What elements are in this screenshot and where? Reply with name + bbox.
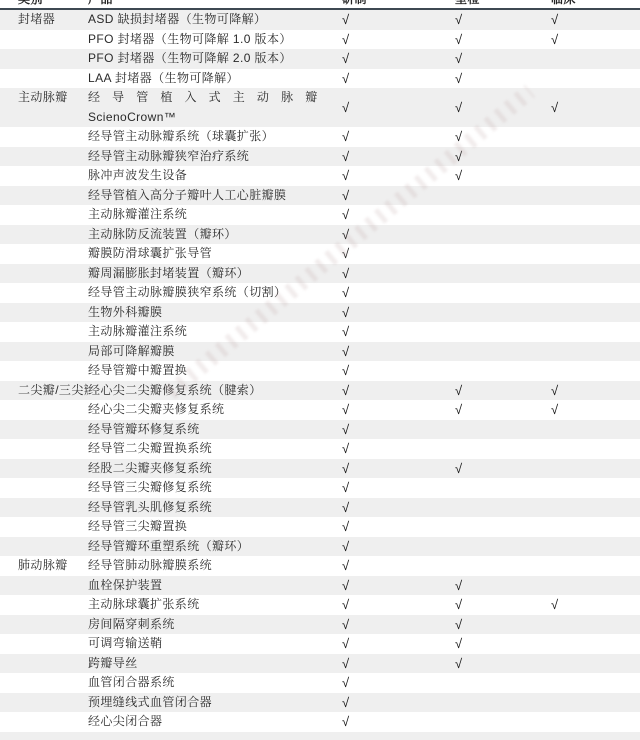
- stage3-checkmark: [530, 147, 640, 167]
- stage2-checkmark: [434, 205, 530, 225]
- stage3-checkmark: [530, 517, 640, 537]
- partial-bottom-row: [0, 732, 640, 740]
- category-cell: [0, 30, 88, 50]
- stage1-checkmark: √: [320, 303, 434, 323]
- stage2-checkmark: √: [434, 400, 530, 420]
- stage1-checkmark: √: [320, 654, 434, 674]
- stage1-checkmark: √: [320, 205, 434, 225]
- stage2-checkmark: [434, 322, 530, 342]
- stage3-checkmark: √: [530, 88, 640, 127]
- stage2-checkmark: [434, 420, 530, 440]
- stage2-checkmark: √: [434, 576, 530, 596]
- category-cell: 肺动脉瓣: [0, 556, 88, 576]
- table-row: 主动脉瓣灌注系统 √: [0, 322, 640, 342]
- stage2-checkmark: [434, 361, 530, 381]
- stage3-checkmark: [530, 69, 640, 89]
- stage2-checkmark: √: [434, 654, 530, 674]
- category-cell: [0, 673, 88, 693]
- product-cell: 经导管乳头肌修复系统: [88, 498, 320, 518]
- stage2-checkmark: √: [434, 147, 530, 167]
- category-cell: [0, 283, 88, 303]
- stage2-checkmark: √: [434, 49, 530, 69]
- table-row: 瓣周漏膨胀封堵装置（瓣环） √: [0, 264, 640, 284]
- product-cell: 生物外科瓣膜: [88, 303, 320, 323]
- stage1-checkmark: √: [320, 88, 434, 127]
- category-cell: [0, 595, 88, 615]
- stage3-checkmark: [530, 634, 640, 654]
- stage1-checkmark: √: [320, 166, 434, 186]
- stage3-checkmark: √: [530, 595, 640, 615]
- product-cell: 经导管三尖瓣修复系统: [88, 478, 320, 498]
- category-cell: [0, 498, 88, 518]
- table-row: 血栓保护装置 √ √: [0, 576, 640, 596]
- table-row: 经导管瓣中瓣置换 √: [0, 361, 640, 381]
- product-cell: 经股二尖瓣夹修复系统: [88, 459, 320, 479]
- category-cell: [0, 459, 88, 479]
- stage1-checkmark: √: [320, 556, 434, 576]
- stage1-checkmark: √: [320, 634, 434, 654]
- category-cell: [0, 303, 88, 323]
- stage2-checkmark: √: [434, 615, 530, 635]
- category-cell: [0, 147, 88, 167]
- category-cell: [0, 225, 88, 245]
- stage3-checkmark: √: [530, 400, 640, 420]
- table-row: 脉冲声波发生设备 √ √: [0, 166, 640, 186]
- stage1-checkmark: √: [320, 225, 434, 245]
- product-cell: 局部可降解瓣膜: [88, 342, 320, 362]
- stage2-checkmark: √: [434, 634, 530, 654]
- table-row: 主动脉防反流装置（瓣环） √: [0, 225, 640, 245]
- category-cell: [0, 478, 88, 498]
- stage3-checkmark: [530, 654, 640, 674]
- product-cell: 主动脉防反流装置（瓣环）: [88, 225, 320, 245]
- table-row: 经导管乳头肌修复系统 √: [0, 498, 640, 518]
- header-category: 类别: [0, 0, 88, 8]
- stage1-checkmark: √: [320, 693, 434, 713]
- stage3-checkmark: [530, 205, 640, 225]
- table-row: PFO 封堵器（生物可降解 2.0 版本） √ √: [0, 49, 640, 69]
- category-cell: [0, 342, 88, 362]
- stage2-checkmark: √: [434, 459, 530, 479]
- table-row: 预埋缝线式血管闭合器 √: [0, 693, 640, 713]
- table-row: 生物外科瓣膜 √: [0, 303, 640, 323]
- category-cell: [0, 615, 88, 635]
- category-cell: [0, 400, 88, 420]
- category-cell: [0, 49, 88, 69]
- stage1-checkmark: √: [320, 30, 434, 50]
- stage2-checkmark: √: [434, 166, 530, 186]
- stage2-checkmark: √: [434, 69, 530, 89]
- category-cell: 主动脉瓣: [0, 88, 88, 127]
- stage2-checkmark: [434, 225, 530, 245]
- table-row: 经导管瓣环重塑系统（瓣环） √: [0, 537, 640, 557]
- product-cell: 主动脉瓣灌注系统: [88, 322, 320, 342]
- product-cell: 经心尖闭合器: [88, 712, 320, 732]
- stage1-checkmark: √: [320, 283, 434, 303]
- stage1-checkmark: √: [320, 400, 434, 420]
- stage3-checkmark: √: [530, 381, 640, 401]
- stage1-checkmark: √: [320, 712, 434, 732]
- category-cell: [0, 186, 88, 206]
- header-stage3: 临床: [530, 0, 640, 8]
- table-row: 经股二尖瓣夹修复系统 √ √: [0, 459, 640, 479]
- stage2-checkmark: [434, 342, 530, 362]
- category-cell: [0, 537, 88, 557]
- stage3-checkmark: [530, 712, 640, 732]
- table-body: 封堵器 ASD 缺损封堵器（生物可降解） √ √ √ PFO 封堵器（生物可降解…: [0, 10, 640, 732]
- table-row: 经导管植入高分子瓣叶人工心脏瓣膜 √: [0, 186, 640, 206]
- stage3-checkmark: [530, 244, 640, 264]
- stage1-checkmark: √: [320, 615, 434, 635]
- stage3-checkmark: [530, 127, 640, 147]
- stage3-checkmark: [530, 303, 640, 323]
- category-cell: [0, 576, 88, 596]
- category-cell: [0, 693, 88, 713]
- product-cell: 经导管主动脉瓣膜狭窄系统（切割）: [88, 283, 320, 303]
- table-row: 肺动脉瓣 经导管肺动脉瓣膜系统 √: [0, 556, 640, 576]
- stage3-checkmark: √: [530, 10, 640, 30]
- category-cell: 二尖瓣/三尖瓣: [0, 381, 88, 401]
- product-cell: 瓣膜防滑球囊扩张导管: [88, 244, 320, 264]
- product-cell: PFO 封堵器（生物可降解 2.0 版本）: [88, 49, 320, 69]
- stage1-checkmark: √: [320, 342, 434, 362]
- stage1-checkmark: √: [320, 576, 434, 596]
- product-cell: 血管闭合器系统: [88, 673, 320, 693]
- stage3-checkmark: [530, 225, 640, 245]
- table-row: 跨瓣导丝 √ √: [0, 654, 640, 674]
- category-cell: 封堵器: [0, 10, 88, 30]
- stage3-checkmark: [530, 693, 640, 713]
- stage1-checkmark: √: [320, 498, 434, 518]
- stage3-checkmark: [530, 166, 640, 186]
- category-cell: [0, 127, 88, 147]
- category-cell: [0, 264, 88, 284]
- stage3-checkmark: [530, 615, 640, 635]
- category-cell: [0, 166, 88, 186]
- product-cell: 经导管三尖瓣置换: [88, 517, 320, 537]
- stage2-checkmark: [434, 673, 530, 693]
- stage2-checkmark: [434, 244, 530, 264]
- category-cell: [0, 634, 88, 654]
- product-cell: ASD 缺损封堵器（生物可降解）: [88, 10, 320, 30]
- stage3-checkmark: [530, 459, 640, 479]
- stage3-checkmark: [530, 186, 640, 206]
- stage2-checkmark: [434, 303, 530, 323]
- stage1-checkmark: √: [320, 322, 434, 342]
- table-row: 局部可降解瓣膜 √: [0, 342, 640, 362]
- table-row: 血管闭合器系统 √: [0, 673, 640, 693]
- stage3-checkmark: [530, 420, 640, 440]
- table-row: 二尖瓣/三尖瓣 经心尖二尖瓣修复系统（腱索） √ √ √: [0, 381, 640, 401]
- stage3-checkmark: [530, 673, 640, 693]
- stage3-checkmark: [530, 576, 640, 596]
- stage2-checkmark: √: [434, 127, 530, 147]
- stage2-checkmark: √: [434, 88, 530, 127]
- stage2-checkmark: [434, 537, 530, 557]
- product-cell: 经导管植入高分子瓣叶人工心脏瓣膜: [88, 186, 320, 206]
- product-cell: 主动脉球囊扩张系统: [88, 595, 320, 615]
- stage1-checkmark: √: [320, 49, 434, 69]
- stage2-checkmark: √: [434, 381, 530, 401]
- category-cell: [0, 420, 88, 440]
- stage3-checkmark: [530, 322, 640, 342]
- stage3-checkmark: [530, 264, 640, 284]
- stage1-checkmark: √: [320, 595, 434, 615]
- product-cell: 跨瓣导丝: [88, 654, 320, 674]
- stage2-checkmark: √: [434, 595, 530, 615]
- product-cell: 可调弯输送鞘: [88, 634, 320, 654]
- stage2-checkmark: [434, 556, 530, 576]
- table-header-row: 类别 产品 研制 型检 临床: [0, 0, 640, 8]
- stage1-checkmark: √: [320, 10, 434, 30]
- product-name-line1: 经导管植入式主动脉瓣膜系统: [88, 88, 320, 108]
- product-cell: 经心尖二尖瓣修复系统（腱索）: [88, 381, 320, 401]
- table-row: 主动脉瓣 经导管植入式主动脉瓣膜系统ScienoCrown™ √ √ √: [0, 88, 640, 127]
- stage3-checkmark: [530, 49, 640, 69]
- stage2-checkmark: [434, 478, 530, 498]
- product-cell: 预埋缝线式血管闭合器: [88, 693, 320, 713]
- product-cell: 经导管主动脉瓣系统（球囊扩张）: [88, 127, 320, 147]
- category-cell: [0, 69, 88, 89]
- header-product: 产品: [88, 0, 320, 8]
- category-cell: [0, 712, 88, 732]
- stage2-checkmark: [434, 283, 530, 303]
- pipeline-table-page: 类别 产品 研制 型检 临床 封堵器 ASD 缺损封堵器（生物可降解） √ √ …: [0, 0, 640, 740]
- category-cell: [0, 322, 88, 342]
- stage2-checkmark: [434, 498, 530, 518]
- header-stage1: 研制: [320, 0, 434, 8]
- product-cell: 经导管肺动脉瓣膜系统: [88, 556, 320, 576]
- category-cell: [0, 517, 88, 537]
- stage3-checkmark: [530, 537, 640, 557]
- stage1-checkmark: √: [320, 186, 434, 206]
- table-row: 经导管三尖瓣置换 √: [0, 517, 640, 537]
- stage1-checkmark: √: [320, 361, 434, 381]
- category-cell: [0, 654, 88, 674]
- table-row: 经导管主动脉瓣膜狭窄系统（切割） √: [0, 283, 640, 303]
- table-row: 主动脉瓣灌注系统 √: [0, 205, 640, 225]
- stage1-checkmark: √: [320, 439, 434, 459]
- stage1-checkmark: √: [320, 478, 434, 498]
- stage3-checkmark: [530, 342, 640, 362]
- stage1-checkmark: √: [320, 264, 434, 284]
- stage3-checkmark: [530, 283, 640, 303]
- product-cell: 经导管主动脉瓣狭窄治疗系统: [88, 147, 320, 167]
- stage3-checkmark: √: [530, 30, 640, 50]
- table-row: 经导管三尖瓣修复系统 √: [0, 478, 640, 498]
- table-row: 房间隔穿刺系统 √ √: [0, 615, 640, 635]
- table-row: 封堵器 ASD 缺损封堵器（生物可降解） √ √ √: [0, 10, 640, 30]
- product-cell: PFO 封堵器（生物可降解 1.0 版本）: [88, 30, 320, 50]
- category-cell: [0, 361, 88, 381]
- product-cell: 经心尖二尖瓣夹修复系统: [88, 400, 320, 420]
- table-row: 经心尖闭合器 √: [0, 712, 640, 732]
- table-row: 经导管二尖瓣置换系统 √: [0, 439, 640, 459]
- stage2-checkmark: √: [434, 30, 530, 50]
- stage2-checkmark: [434, 439, 530, 459]
- product-cell: LAA 封堵器（生物可降解）: [88, 69, 320, 89]
- product-cell: 脉冲声波发生设备: [88, 166, 320, 186]
- stage3-checkmark: [530, 478, 640, 498]
- stage2-checkmark: √: [434, 10, 530, 30]
- stage3-checkmark: [530, 556, 640, 576]
- stage1-checkmark: √: [320, 244, 434, 264]
- table-row: 经导管瓣环修复系统 √: [0, 420, 640, 440]
- product-name-line2: ScienoCrown™: [88, 108, 320, 128]
- table-row: LAA 封堵器（生物可降解） √ √: [0, 69, 640, 89]
- category-cell: [0, 244, 88, 264]
- product-cell: 经导管植入式主动脉瓣膜系统ScienoCrown™: [88, 88, 320, 127]
- product-cell: 经导管瓣中瓣置换: [88, 361, 320, 381]
- table-row: 经心尖二尖瓣夹修复系统 √ √ √: [0, 400, 640, 420]
- stage2-checkmark: [434, 186, 530, 206]
- stage1-checkmark: √: [320, 420, 434, 440]
- table-row: 可调弯输送鞘 √ √: [0, 634, 640, 654]
- product-cell: 血栓保护装置: [88, 576, 320, 596]
- stage2-checkmark: [434, 712, 530, 732]
- stage1-checkmark: √: [320, 381, 434, 401]
- product-cell: 经导管二尖瓣置换系统: [88, 439, 320, 459]
- header-stage2: 型检: [434, 0, 530, 8]
- table-row: 经导管主动脉瓣狭窄治疗系统 √ √: [0, 147, 640, 167]
- stage3-checkmark: [530, 498, 640, 518]
- stage1-checkmark: √: [320, 673, 434, 693]
- stage2-checkmark: [434, 517, 530, 537]
- stage1-checkmark: √: [320, 537, 434, 557]
- table-row: 经导管主动脉瓣系统（球囊扩张） √ √: [0, 127, 640, 147]
- stage1-checkmark: √: [320, 147, 434, 167]
- product-cell: 房间隔穿刺系统: [88, 615, 320, 635]
- stage1-checkmark: √: [320, 127, 434, 147]
- product-cell: 经导管瓣环修复系统: [88, 420, 320, 440]
- stage2-checkmark: [434, 693, 530, 713]
- category-cell: [0, 205, 88, 225]
- stage1-checkmark: √: [320, 517, 434, 537]
- table-row: 主动脉球囊扩张系统 √ √ √: [0, 595, 640, 615]
- stage3-checkmark: [530, 439, 640, 459]
- table-row: PFO 封堵器（生物可降解 1.0 版本） √ √ √: [0, 30, 640, 50]
- stage1-checkmark: √: [320, 459, 434, 479]
- table-row: 瓣膜防滑球囊扩张导管 √: [0, 244, 640, 264]
- product-cell: 瓣周漏膨胀封堵装置（瓣环）: [88, 264, 320, 284]
- stage1-checkmark: √: [320, 69, 434, 89]
- stage3-checkmark: [530, 361, 640, 381]
- stage2-checkmark: [434, 264, 530, 284]
- product-cell: 主动脉瓣灌注系统: [88, 205, 320, 225]
- category-cell: [0, 439, 88, 459]
- product-cell: 经导管瓣环重塑系统（瓣环）: [88, 537, 320, 557]
